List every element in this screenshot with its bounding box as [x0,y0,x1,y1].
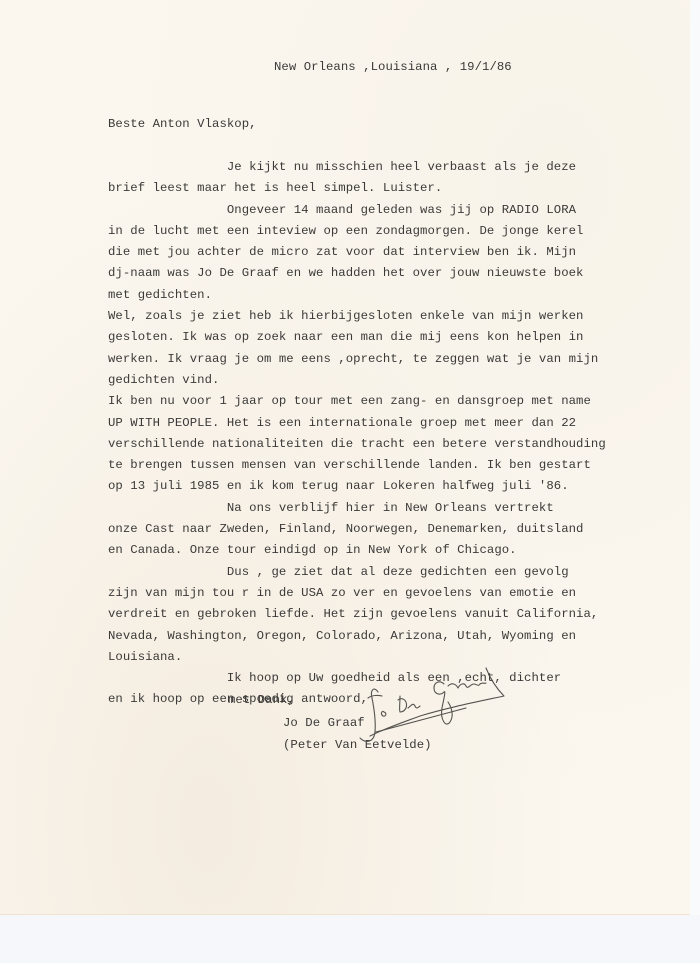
signature-name: Jo De Graaf [283,716,365,730]
place-date: New Orleans ,Louisiana , 19/1/86 [274,60,512,74]
letter-line: gesloten. Ik was op zoek naar een man di… [108,327,606,348]
letter-line: gedichten vind. [108,370,606,391]
letter-line: brief leest maar het is heel simpel. Lui… [108,178,606,199]
letter-line: Dus , ge ziet dat al deze gedichten een … [108,562,606,583]
letter-line: op 13 juli 1985 en ik kom terug naar Lok… [108,476,606,497]
closing: met Dank, [228,693,295,707]
letter-line: verschillende nationaliteiten die tracht… [108,434,606,455]
salutation: Beste Anton Vlaskop, [108,117,257,131]
letter-paper: New Orleans ,Louisiana , 19/1/86 Beste A… [0,0,690,915]
letter-line: onze Cast naar Zweden, Finland, Noorwege… [108,519,606,540]
letter-line: verdreit en gebroken liefde. Het zijn ge… [108,604,606,625]
letter-line: dj-naam was Jo De Graaf en we hadden het… [108,263,606,284]
letter-line: te brengen tussen mensen van verschillen… [108,455,606,476]
scanner-bed [0,915,700,963]
letter-body: Je kijkt nu misschien heel verbaast als … [108,157,606,711]
letter-line: Ongeveer 14 maand geleden was jij op RAD… [108,200,606,221]
letter-line: werken. Ik vraag je om me eens ,oprecht,… [108,349,606,370]
letter-line: UP WITH PEOPLE. Het is een international… [108,413,606,434]
letter-line: Ik ben nu voor 1 jaar op tour met een za… [108,391,606,412]
letter-line: Na ons verblijf hier in New Orleans vert… [108,498,606,519]
letter-line: Nevada, Washington, Oregon, Colorado, Ar… [108,626,606,647]
handwritten-signature [356,662,516,752]
letter-line: in de lucht met een inteview op een zond… [108,221,606,242]
letter-line: Je kijkt nu misschien heel verbaast als … [108,157,606,178]
letter-line: die met jou achter de micro zat voor dat… [108,242,606,263]
letter-line: en Canada. Onze tour eindigd op in New Y… [108,540,606,561]
letter-line: Wel, zoals je ziet heb ik hierbijgeslote… [108,306,606,327]
letter-line: zijn van mijn tou r in de USA zo ver en … [108,583,606,604]
letter-line: met gedichten. [108,285,606,306]
scan-edge-strip [690,0,700,963]
